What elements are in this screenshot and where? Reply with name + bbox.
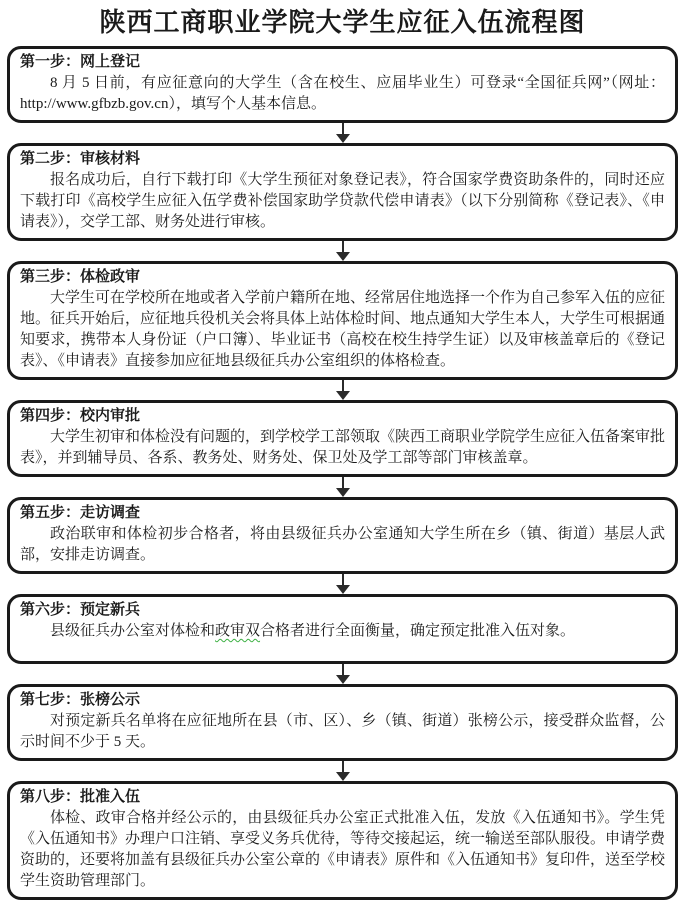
- spellcheck-wavy-text: 政审双: [215, 623, 260, 639]
- down-arrow: [7, 574, 678, 594]
- down-arrow: [7, 380, 678, 400]
- down-arrow: [7, 477, 678, 497]
- step-heading: 第三步：体检政审: [20, 267, 665, 288]
- step-body: 报名成功后，自行下载打印《大学生预征对象登记表》，符合国家学费资助条件的，同时还…: [20, 170, 665, 233]
- arrow-head-icon: [336, 675, 350, 684]
- step-body: 大学生初审和体检没有问题的，到学校学工部领取《陕西工商职业学院学生应征入伍备案审…: [20, 427, 665, 469]
- arrow-head-icon: [336, 252, 350, 261]
- step-box-1: 第一步：网上登记 8 月 5 日前，有应征意向的大学生（含在校生、应届毕业生）可…: [7, 46, 678, 123]
- step-body-text: 报名成功后，自行下载打印《大学生预征对象登记表》，符合国家学费资助条件的，同时还…: [20, 172, 665, 230]
- step-heading: 第五步：走访调查: [20, 503, 665, 524]
- arrow-head-icon: [336, 391, 350, 400]
- down-arrow: [7, 123, 678, 143]
- step-box-6: 第六步：预定新兵 县级征兵办公室对体检和政审双合格者进行全面衡量，确定预定批准入…: [7, 594, 678, 664]
- step-heading: 第七步：张榜公示: [20, 690, 665, 711]
- step-body: 县级征兵办公室对体检和政审双合格者进行全面衡量，确定预定批准入伍对象。: [20, 621, 665, 642]
- step-box-5: 第五步：走访调查 政治联审和体检初步合格者，将由县级征兵办公室通知大学生所在乡（…: [7, 497, 678, 574]
- arrow-head-icon: [336, 585, 350, 594]
- step-heading: 第二步：审核材料: [20, 149, 665, 170]
- step-body-text: 合格者进行全面衡量，确定预定批准入伍对象。: [260, 623, 575, 639]
- step-box-4: 第四步：校内审批 大学生初审和体检没有问题的，到学校学工部领取《陕西工商职业学院…: [7, 400, 678, 477]
- document-page: 陕西工商职业学院大学生应征入伍流程图 第一步：网上登记 8 月 5 日前，有应征…: [0, 0, 685, 900]
- step-heading: 第八步：批准入伍: [20, 787, 665, 808]
- step-body-text: 政治联审和体检初步合格者，将由县级征兵办公室通知大学生所在乡（镇、街道）基层人武…: [20, 526, 665, 563]
- step-heading: 第四步：校内审批: [20, 406, 665, 427]
- step-body: 对预定新兵名单将在应征地所在县（市、区）、乡（镇、街道）张榜公示，接受群众监督，…: [20, 711, 665, 753]
- down-arrow: [7, 761, 678, 781]
- page-title: 陕西工商职业学院大学生应征入伍流程图: [0, 0, 685, 46]
- step-body: 体检、政审合格并经公示的，由县级征兵办公室正式批准入伍，发放《入伍通知书》。学生…: [20, 808, 665, 892]
- step-heading: 第六步：预定新兵: [20, 600, 665, 621]
- step-body: 政治联审和体检初步合格者，将由县级征兵办公室通知大学生所在乡（镇、街道）基层人武…: [20, 524, 665, 566]
- step-body-text: 8 月 5 日前，有应征意向的大学生（含在校生、应届毕业生）可登录“全国征兵网”…: [20, 75, 665, 112]
- step-heading: 第一步：网上登记: [20, 52, 665, 73]
- step-box-7: 第七步：张榜公示 对预定新兵名单将在应征地所在县（市、区）、乡（镇、街道）张榜公…: [7, 684, 678, 761]
- step-body: 大学生可在学校所在地或者入学前户籍所在地、经常居住地选择一个作为自己参军入伍的应…: [20, 288, 665, 372]
- arrow-head-icon: [336, 134, 350, 143]
- step-body-text: 县级征兵办公室对体检和: [50, 623, 215, 639]
- step-box-2: 第二步：审核材料 报名成功后，自行下载打印《大学生预征对象登记表》，符合国家学费…: [7, 143, 678, 241]
- step-box-3: 第三步：体检政审 大学生可在学校所在地或者入学前户籍所在地、经常居住地选择一个作…: [7, 261, 678, 380]
- arrow-head-icon: [336, 772, 350, 781]
- flow-container: 第一步：网上登记 8 月 5 日前，有应征意向的大学生（含在校生、应届毕业生）可…: [7, 46, 678, 900]
- down-arrow: [7, 664, 678, 684]
- step-box-8: 第八步：批准入伍 体检、政审合格并经公示的，由县级征兵办公室正式批准入伍，发放《…: [7, 781, 678, 900]
- step-body-text: 大学生初审和体检没有问题的，到学校学工部领取《陕西工商职业学院学生应征入伍备案审…: [20, 429, 665, 466]
- down-arrow: [7, 241, 678, 261]
- step-body: 8 月 5 日前，有应征意向的大学生（含在校生、应届毕业生）可登录“全国征兵网”…: [20, 73, 665, 115]
- step-body-text: 大学生可在学校所在地或者入学前户籍所在地、经常居住地选择一个作为自己参军入伍的应…: [20, 290, 665, 369]
- arrow-head-icon: [336, 488, 350, 497]
- step-body-text: 体检、政审合格并经公示的，由县级征兵办公室正式批准入伍，发放《入伍通知书》。学生…: [20, 810, 665, 889]
- step-body-text: 对预定新兵名单将在应征地所在县（市、区）、乡（镇、街道）张榜公示，接受群众监督，…: [20, 713, 665, 750]
